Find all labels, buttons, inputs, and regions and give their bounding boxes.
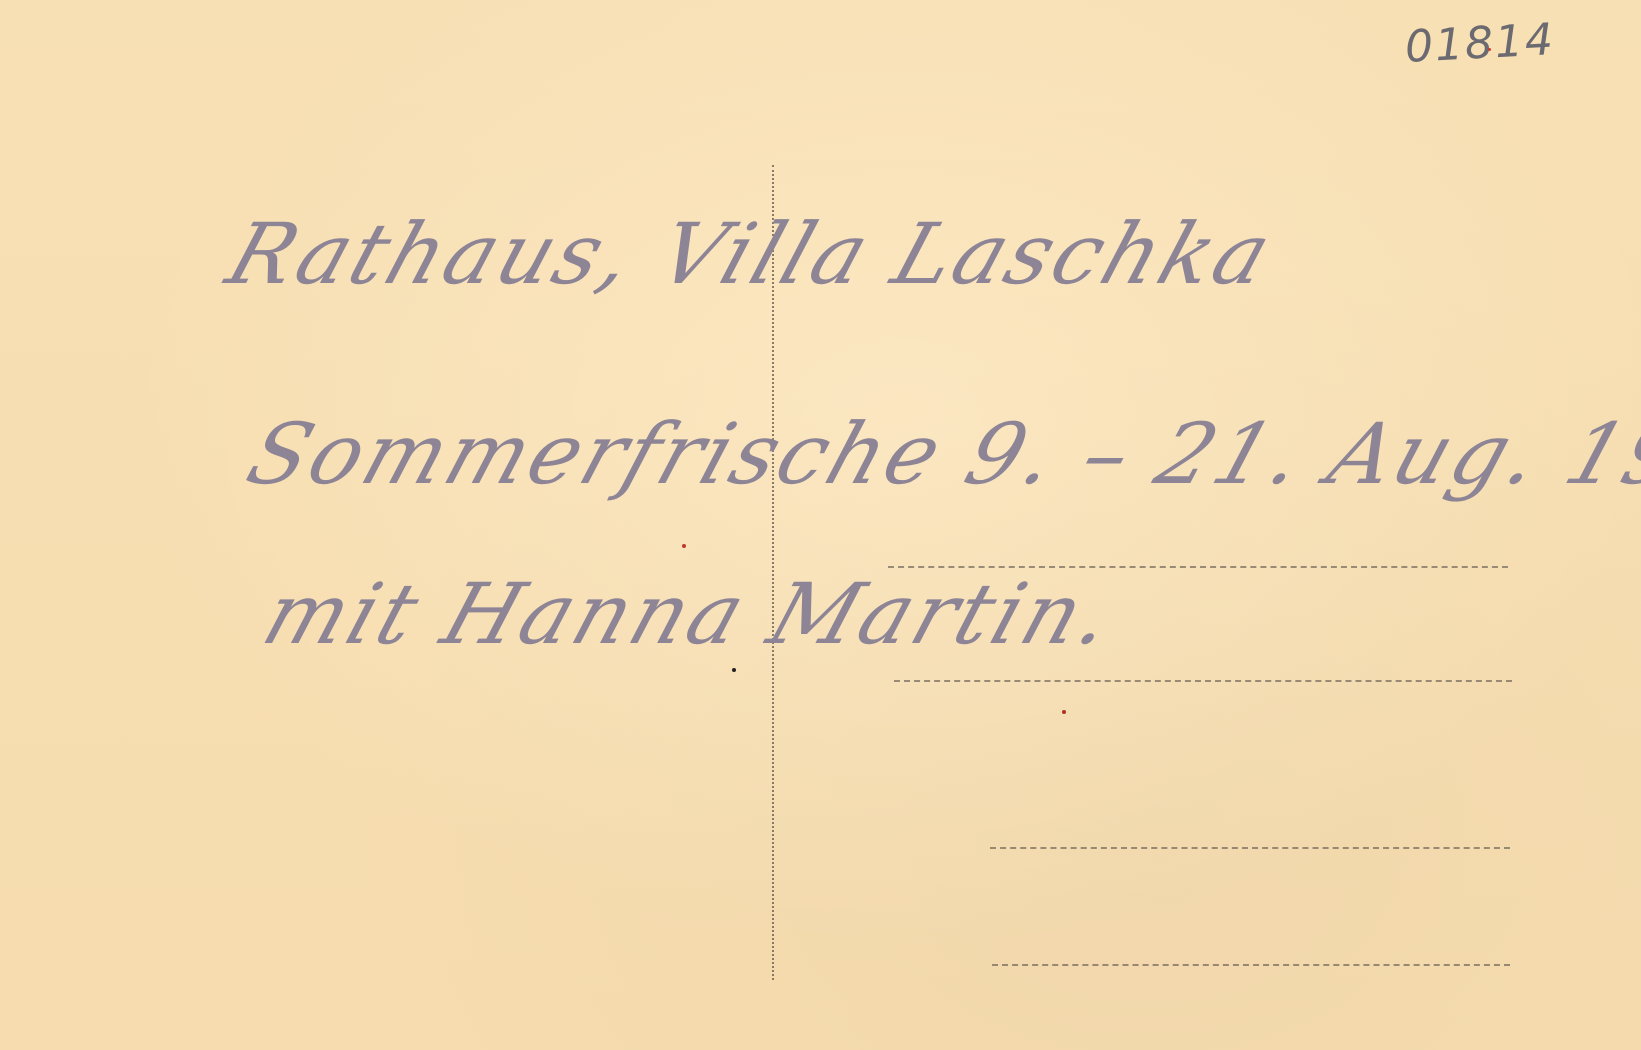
handwritten-line-1: Rathaus, Villa Laschka — [216, 205, 1285, 303]
paper-speck — [732, 668, 736, 672]
archive-number: 01814 — [1404, 14, 1556, 73]
paper-speck — [1062, 710, 1066, 714]
address-line-3 — [990, 847, 1510, 849]
paper-speck — [1488, 48, 1491, 51]
handwritten-line-3: mit Hanna Martin. — [252, 565, 1128, 663]
handwritten-line-2: Sommerfrische 9. – 21. Aug. 1919 — [236, 405, 1641, 503]
postcard-back: 01814 Rathaus, Villa Laschka Sommerfrisc… — [0, 0, 1641, 1050]
paper-speck — [682, 544, 686, 548]
address-line-4 — [992, 964, 1510, 966]
address-line-2 — [894, 680, 1512, 682]
